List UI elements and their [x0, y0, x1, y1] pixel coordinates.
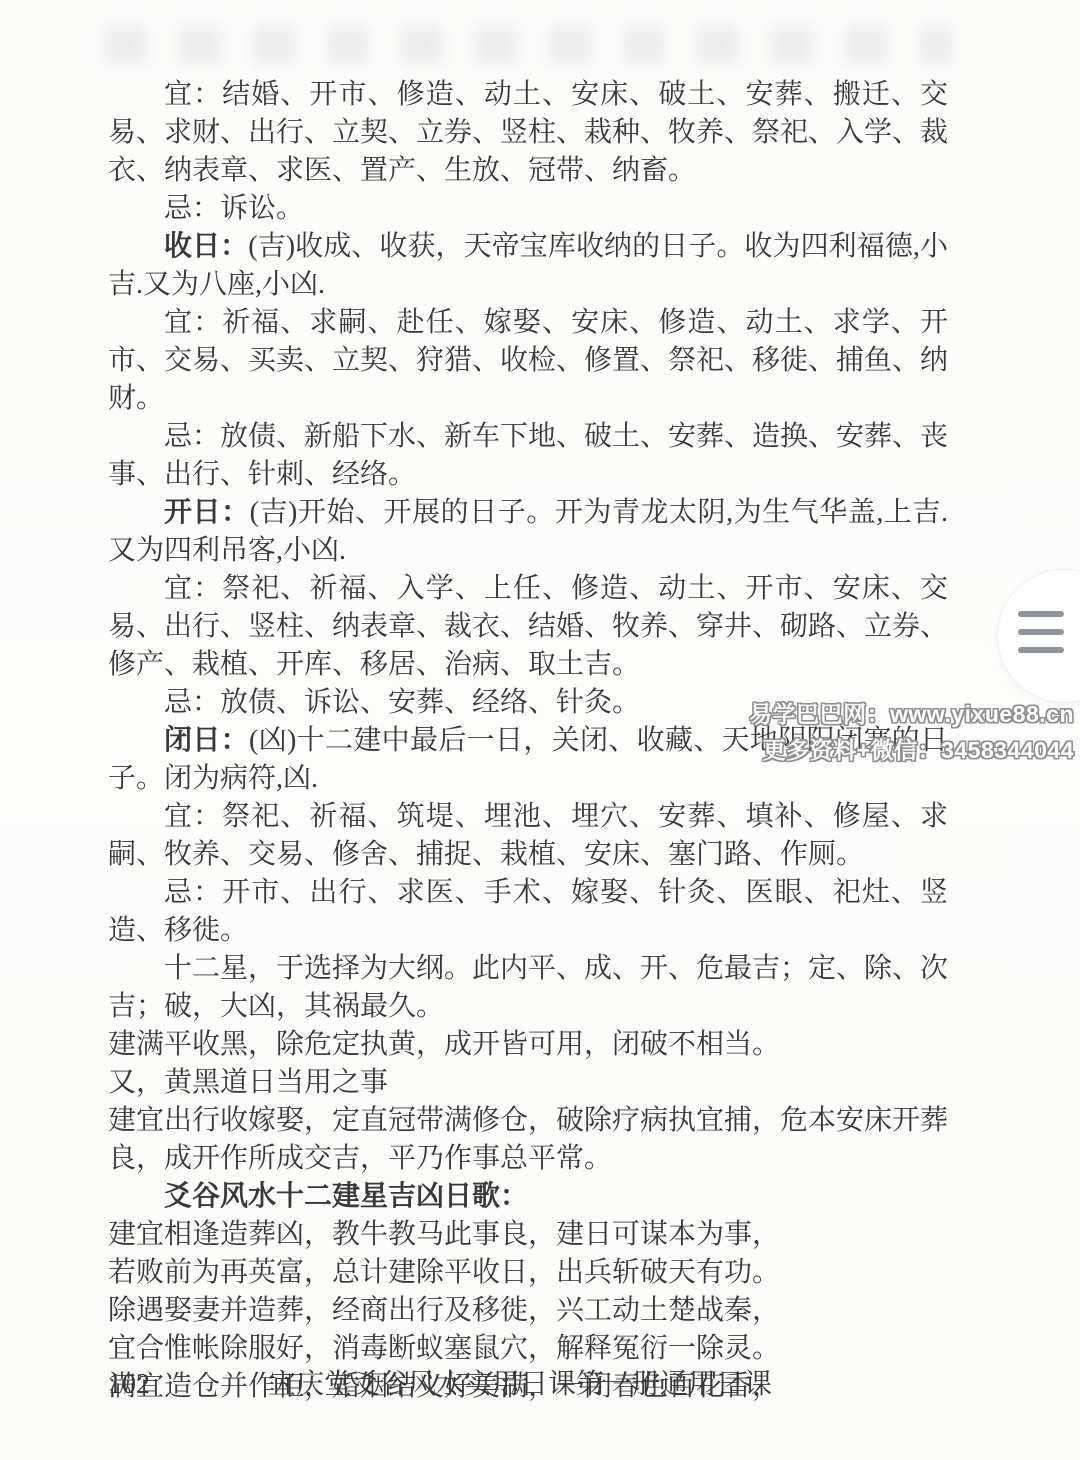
scanned-book-page: 宜：结婚、开市、修造、动土、安床、破土、安葬、搬迁、交易、求财、出行、立契、立券…: [0, 0, 1080, 1460]
paragraph-bold-prefix: 开日：: [164, 497, 250, 528]
watermark-site-line: 易学巴巴网：www.yixue88.cn: [749, 696, 1074, 732]
paragraph-yi-jian: 宜：结婚、开市、修造、动土、安床、破土、安葬、搬迁、交易、求财、出行、立契、立券…: [108, 76, 948, 190]
section-heading-rige: 爻谷风水十二建星吉凶日歌：: [108, 1178, 948, 1216]
paragraph-kai-ri: 开日：(吉)开始、开展的日子。开为青龙太阴,为生气华盖,上吉.又为四利吊客,小凶…: [108, 494, 948, 570]
floating-menu-button[interactable]: [998, 570, 1080, 702]
paragraph-bold-prefix: 收日：: [164, 231, 248, 262]
paragraph-yi-bi: 宜：祭祀、祈福、筑堤、埋池、埋穴、安葬、填补、修屋、求嗣、牧养、交易、修舍、捕捉…: [108, 798, 948, 874]
paragraph-jianyi-chuxing: 建宜出行收嫁娶，定直冠带满修仓，破除疗病执宜捕，危本安床开葬良，成开作所成交吉，…: [108, 1102, 948, 1178]
paragraph-yi-shou: 宜：祈福、求嗣、赴任、嫁娶、安床、修造、动土、求学、开市、交易、买卖、立契、狩猎…: [108, 304, 948, 418]
paragraph-bold-prefix: 闭日：: [164, 725, 249, 756]
poem-line-3: 除遇娶妻并造葬，经商出行及移徙，兴工动土楚战秦，: [108, 1292, 948, 1330]
paragraph-jianman: 建满平收黑，除危定执黄，成开皆可用，闭破不相当。: [108, 1026, 948, 1064]
book-title: 宜庆堂爻谷风水实用日课第一册通用日课: [268, 1366, 772, 1404]
poem-line-4: 宜合惟帐除服好，消毒断蚁塞鼠穴，解释冤衍一除灵。: [108, 1330, 948, 1368]
paragraph-ji-bi: 忌：开市、出行、求医、手术、嫁娶、针灸、医眼、祀灶、竖造、移徙。: [108, 874, 948, 950]
paragraph-shou-ri: 收日：(吉)收成、收获，天帝宝库收纳的日子。收为四利福德,小吉.又为八座,小凶.: [108, 228, 948, 304]
paragraph-you-huangheidao: 又，黄黑道日当用之事: [108, 1064, 948, 1102]
page-number: 102: [108, 1366, 150, 1404]
paragraph-ji-shou: 忌：放债、新船下水、新车下地、破土、安葬、造换、安葬、丧事、出行、针刺、经络。: [108, 418, 948, 494]
watermark-wechat-line: 更多资料+微信：3458344044: [749, 732, 1074, 768]
watermark: 易学巴巴网：www.yixue88.cn 更多资料+微信：3458344044: [749, 696, 1074, 768]
bleedthrough-text: [105, 26, 953, 64]
paragraph-ji-jian: 忌：诉讼。: [108, 190, 948, 228]
page-footer: 102 宜庆堂爻谷风水实用日课第一册通用日课: [108, 1366, 948, 1404]
poem-line-1: 建宜相逢造葬凶，教牛教马此事良，建日可谋本为事，: [108, 1216, 948, 1254]
paragraph-shier-xing: 十二星，于选择为大纲。此内平、成、开、危最吉；定、除、次吉；破，大凶，其祸最久。: [108, 950, 948, 1026]
poem-line-2: 若败前为再英富，总计建除平收日，出兵斩破天有功。: [108, 1254, 948, 1292]
paragraph-yi-kai: 宜：祭祀、祈福、入学、上任、修造、动土、开市、安床、交易、出行、竖柱、纳表章、裁…: [108, 570, 948, 684]
